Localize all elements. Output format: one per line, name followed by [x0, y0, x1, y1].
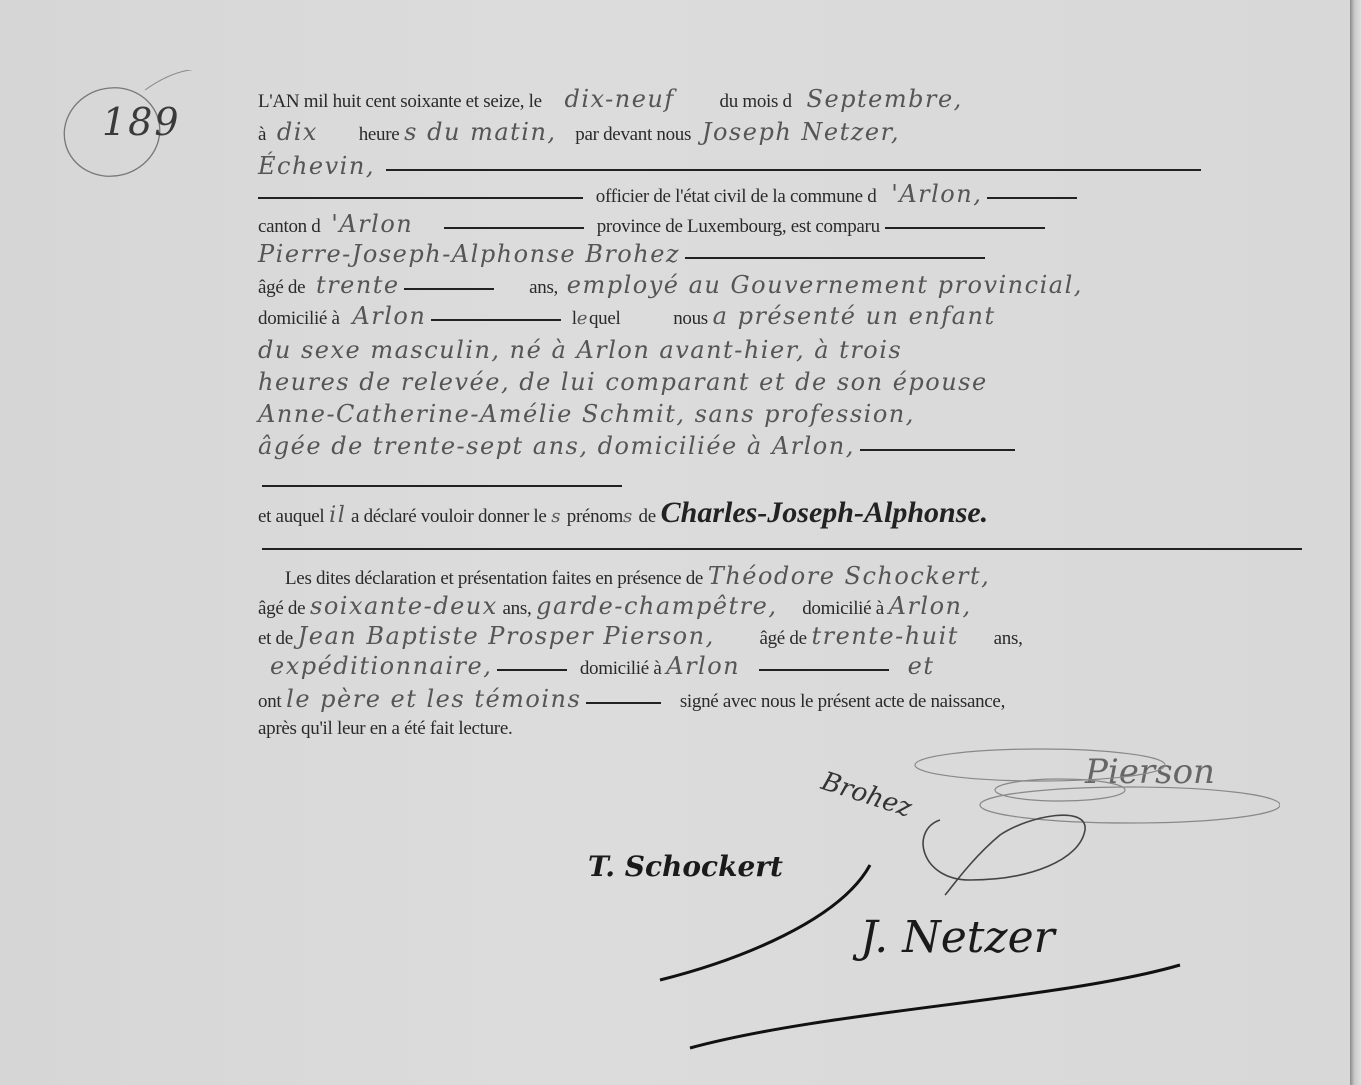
act-number: 189 [102, 100, 181, 144]
handwritten-mother-name: Anne-Catherine-Amélie Schmit, sans profe… [258, 400, 915, 428]
printed-text: après qu'il leur en a été fait lecture. [258, 718, 512, 739]
line-6: Pierre-Joseph-Alphonse Brohez [258, 240, 1308, 274]
line-8: domicilié à Arlon lequel nous a présenté… [258, 302, 1308, 336]
fill-rule [444, 227, 584, 229]
handwritten-child-name: Charles-Joseph-Alphonse. [661, 496, 989, 529]
printed-text: par devant nous [575, 124, 691, 145]
printed-text: âgé de [258, 598, 305, 619]
line-2: à dix heure s du matin, par devant nous … [258, 118, 1308, 152]
handwritten-commune: 'Arlon, [891, 180, 982, 208]
line-1: L'AN mil huit cent soixante et seize, le… [258, 85, 1308, 119]
printed-text: prénom [567, 506, 623, 527]
handwritten-witness-2-name: Jean Baptiste Prosper Pierson, [298, 622, 715, 650]
printed-text: signé avec nous le présent acte de naiss… [680, 691, 1005, 712]
handwritten-text: et [908, 652, 935, 680]
line-16: et de Jean Baptiste Prosper Pierson, âgé… [258, 622, 1308, 656]
handwritten-signatories: le père et les témoins [286, 685, 581, 713]
line-17: expéditionnaire, domicilié à Arlon et [270, 652, 1320, 686]
fill-rule [386, 169, 1201, 171]
handwritten-witness-2-occupation: expéditionnaire, [270, 652, 492, 680]
line-5: canton d 'Arlon province de Luxembourg, … [258, 210, 1308, 244]
fill-rule [258, 197, 583, 199]
printed-text: quel [589, 308, 621, 329]
handwritten-declarant-name: Pierre-Joseph-Alphonse Brohez [258, 240, 680, 268]
handwritten-text: a présenté un enfant [713, 302, 996, 330]
handwritten-witness-1-age: soixante-deux [310, 592, 498, 620]
handwritten-officer-name: Joseph Netzer, [702, 118, 900, 146]
fill-rule [586, 702, 661, 704]
printed-text: et de [258, 628, 293, 649]
printed-text: âgé de [759, 628, 806, 649]
handwritten-witness-1-occupation: garde-champêtre, [536, 592, 777, 620]
printed-text: âgé de [258, 277, 305, 298]
handwritten-witness-1-residence: Arlon, [889, 592, 972, 620]
handwritten-time: s du matin, [404, 118, 556, 146]
printed-text: domicilié à [802, 598, 884, 619]
handwritten-witness-2-residence: Arlon [666, 652, 740, 680]
printed-text: nous [673, 308, 708, 329]
printed-text: L'AN mil huit cent soixante et seize, le [258, 91, 542, 112]
line-15: âgé de soixante-deux ans, garde-champêtr… [258, 592, 1308, 626]
printed-text: canton d [258, 216, 321, 237]
fill-rule [987, 197, 1077, 199]
printed-text: à [258, 124, 266, 145]
signature-netzer: J. Netzer [860, 912, 1055, 963]
printed-text: province de Luxembourg, est comparu [597, 216, 880, 237]
handwritten-day: dix-neuf [564, 85, 674, 113]
printed-text: domicilié à [258, 308, 340, 329]
signature-flourish-icon [910, 810, 1100, 900]
printed-text: ans, [529, 277, 558, 298]
document-page: 189 L'AN mil huit cent soixante et seize… [0, 0, 1350, 1085]
fill-rule [497, 669, 567, 671]
handwritten-witness-2-age: trente-huit [811, 622, 958, 650]
fill-rule [431, 319, 561, 321]
line-12: âgée de trente-sept ans, domiciliée à Ar… [258, 432, 1308, 466]
printed-text: Les dites déclaration et présentation fa… [285, 568, 703, 589]
printed-text: domicilié à [580, 658, 662, 679]
printed-text: ans, [994, 628, 1023, 649]
line-11: Anne-Catherine-Amélie Schmit, sans profe… [258, 400, 1308, 434]
handwritten-residence: Arlon [352, 302, 426, 330]
handwritten-canton: 'Arlon [331, 210, 413, 238]
fill-rule [685, 257, 985, 259]
fill-rule [860, 449, 1015, 451]
handwritten-plural: s [623, 506, 634, 527]
handwritten-gender-suffix: e [577, 308, 589, 329]
printed-text: du mois d [720, 91, 792, 112]
handwritten-plural: s [551, 506, 562, 527]
line-14: Les dites déclaration et présentation fa… [285, 562, 1335, 596]
printed-text: officier de l'état civil de la commune d [596, 186, 877, 207]
printed-text: ans, [503, 598, 532, 619]
handwritten-hour: dix [277, 118, 318, 146]
printed-text: heure [359, 124, 400, 145]
fill-rule [262, 548, 1302, 550]
act-number-badge: 189 [50, 70, 200, 190]
handwritten-text: âgée de trente-sept ans, domiciliée à Ar… [258, 432, 855, 460]
fill-rule [885, 227, 1045, 229]
line-9: du sexe masculin, né à Arlon avant-hier,… [258, 336, 1308, 370]
handwritten-pronoun: il [329, 503, 346, 528]
handwritten-age: trente [316, 271, 400, 299]
printed-text: de [639, 506, 656, 527]
handwritten-title: Échevin, [258, 152, 375, 180]
printed-text: ont [258, 691, 281, 712]
handwritten-witness-1-name: Théodore Schockert, [708, 562, 990, 590]
handwritten-occupation: employé au Gouvernement provincial, [567, 271, 1083, 299]
handwritten-text: du sexe masculin, né à Arlon avant-hier,… [258, 336, 902, 364]
fill-rule [404, 288, 494, 290]
signature-underline-icon [680, 960, 1200, 1060]
handwritten-month: Septembre, [807, 85, 963, 113]
fill-rule [262, 485, 622, 487]
page-edge [1350, 0, 1361, 1085]
line-10: heures de relevée, de lui comparant et d… [258, 368, 1308, 402]
printed-text: a déclaré vouloir donner le [351, 506, 547, 527]
fill-rule [759, 669, 889, 671]
line-13: et auquel il a déclaré vouloir donner le… [258, 496, 1308, 530]
line-4: officier de l'état civil de la commune d… [258, 180, 1308, 214]
line-18: ont le père et les témoins signé avec no… [258, 685, 1308, 719]
handwritten-text: heures de relevée, de lui comparant et d… [258, 368, 988, 396]
line-7: âgé de trente ans, employé au Gouverneme… [258, 271, 1308, 305]
printed-text: et auquel [258, 506, 324, 527]
